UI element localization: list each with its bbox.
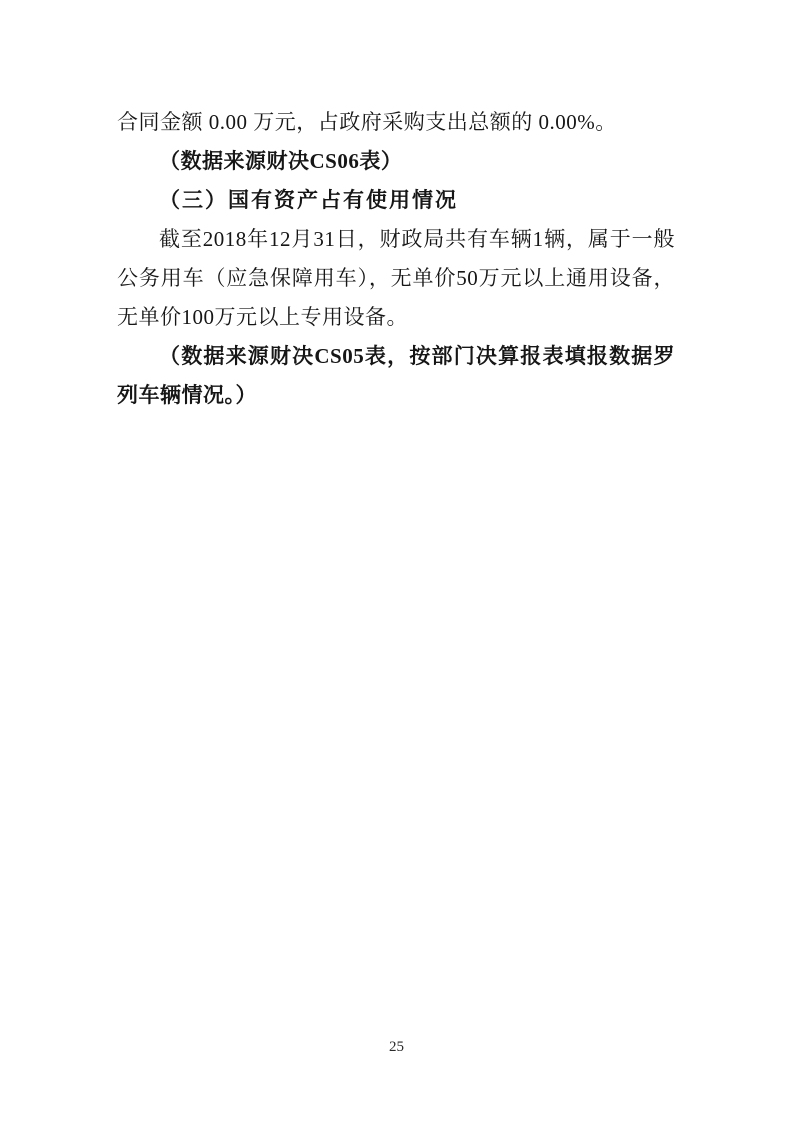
paragraph-procurement-contract-amount: 合同金额 0.00 万元，占政府采购支出总额的 0.00%。 [117,103,675,142]
paragraph-data-source-cs05: （数据来源财决CS05表，按部门决算报表填报数据罗列车辆情况。） [117,337,675,415]
page-content: 合同金额 0.00 万元，占政府采购支出总额的 0.00%。 （数据来源财决CS… [117,103,675,415]
paragraph-data-source-cs06: （数据来源财决CS06表） [117,142,675,181]
section-heading-state-owned-assets: （三）国有资产占有使用情况 [117,181,675,220]
paragraph-vehicle-and-equipment-details: 截至2018年12月31日，财政局共有车辆1辆，属于一般公务用车（应急保障用车）… [117,220,675,337]
document-page: 合同金额 0.00 万元，占政府采购支出总额的 0.00%。 （数据来源财决CS… [0,0,793,1122]
page-number: 25 [0,1038,793,1056]
